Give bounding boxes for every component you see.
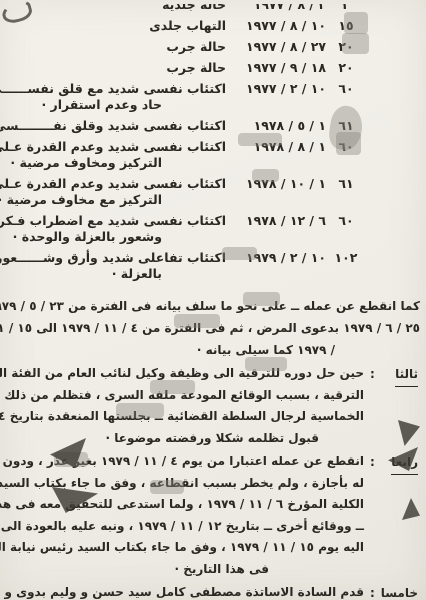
days-count: ٦٠ <box>326 139 366 155</box>
table-row: ٦١ ١ / ١٠ / ١٩٧٨ اكتئاب نفسى شديد وعدم ا… <box>10 176 366 208</box>
days-count: ٦١ <box>326 176 366 192</box>
diagnosis-text: حاد وعدم استقرار · <box>0 97 226 113</box>
certificate-date: ١٨ / ٩ / ١٩٧٧ <box>226 60 326 76</box>
table-row: ٦٠ ١٠ / ٢ / ١٩٧٧ اكتئاب نفسى شديد مع قلق… <box>10 81 366 113</box>
paragraph-line: قبول تظلمه شكلا ورفضته موضوعا · <box>0 428 364 450</box>
days-count: ١٥ <box>326 18 366 34</box>
paragraph-line: الترقية ، بسبب الوقائع المودعة ملفه السر… <box>0 385 364 407</box>
paragraph-line: له بأجازة ، ولم يخطر بسبب انقطاعه ، وفق … <box>0 473 364 495</box>
diagnosis-text: بالعزلة · <box>0 266 226 282</box>
days-count: ٦٠ <box>326 213 366 229</box>
absence-summary-paragraph: كما انقطع عن عمله ــ على نحو ما سلف بيان… <box>0 287 426 361</box>
diagnosis-text: حالة جرب <box>10 60 226 76</box>
section-label-text: رابعا <box>391 451 418 475</box>
paragraph-line: اليه يوم ١٥ / ١١ / ١٩٧٩ ، وفق ما جاء بكت… <box>0 537 364 559</box>
diagnosis-text: اكتئاب نفسى شديد وعدم القدرة عـلى <box>0 139 226 155</box>
section-label-text: ثالثا <box>395 363 418 387</box>
table-row: ١٥ ١٠ / ٨ / ١٩٧٧ التهاب جلدى <box>10 18 366 34</box>
days-count: ٦١ <box>326 118 366 134</box>
certificate-date: ١ / ٥ / ١٩٧٨ <box>226 118 326 134</box>
paragraph-line: حين حل دوره للترقية الى وظيفة وكيل لنائب… <box>0 363 364 385</box>
diagnosis-text: التهاب جلدى <box>10 18 226 34</box>
section-colon: : <box>370 451 375 473</box>
diagnosis-text: اكتئاب نفسى شديد وقلق نفــــــــسى <box>0 118 226 134</box>
section-fourth: رابعا : انقطع عن عمله اعتبارا من يوم ٤ /… <box>0 449 426 580</box>
certificate-date: ١٠ / ٢ / ١٩٧٩ <box>226 250 326 266</box>
days-count: ٢٠ <box>326 60 366 76</box>
paragraph-line: قدم السادة الاساتذة مصطفى كامل سيد حسن و… <box>0 582 364 600</box>
days-count: ١٠٢ <box>326 250 366 266</box>
table-row: ٦٠ ٦ / ١٢ / ١٩٧٨ اكتئاب نفسى شديد مع اضط… <box>10 213 366 245</box>
table-row: ٦٠ ١ / ٨ / ١٩٧٨ اكتئاب نفسى شديد وعدم ال… <box>10 139 366 171</box>
section-fifth: خامسا : قدم السادة الاساتذة مصطفى كامل س… <box>0 580 426 600</box>
diagnosis-text: اكتئاب نفسى شديد وعدم القدرة عـلى <box>0 176 226 192</box>
diagnosis-text: التركيز مع مخاوف مرضية · <box>0 192 226 208</box>
table-row: ٢ ٢ / ٨ / ١٩٧٧ حالة جلدية <box>10 4 366 14</box>
paragraph-line: انقطع عن عمله اعتبارا من يوم ٤ / ١١ / ١٩… <box>0 451 364 473</box>
diagnosis-text: اكتئاب نفسى شديد مع اضطراب فـكرى <box>0 213 226 229</box>
table-row: ٢٠ ١٨ / ٩ / ١٩٧٧ حالة جرب <box>10 60 366 76</box>
table-row: ٢٠ ٢٧ / ٨ / ١٩٧٧ حالة جرب <box>10 39 366 55</box>
diagnosis-text: حالة جلدية <box>10 4 226 13</box>
section-label-text: خامسا <box>381 582 418 600</box>
diagnosis-text: اكتئاب تفاعلى شديد وأرق وشــــــعور <box>0 250 226 266</box>
paragraph-line: ٢٥ / ٦ / ١٩٧٩ بدعوى المرض ، ثم فى الفترة… <box>30 317 420 339</box>
certificate-date: ٢٧ / ٨ / ١٩٧٧ <box>226 39 326 55</box>
paragraph-line: كما انقطع عن عمله ــ على نحو ما سلف بيان… <box>30 295 420 317</box>
medical-leave-table: ٢ ٢ / ٨ / ١٩٧٧ حالة جلدية ١٥ ١٠ / ٨ / ١٩… <box>0 0 426 282</box>
diagnosis-text: اكتئاب نفسى شديد مع قلق نفســــــى <box>0 81 226 97</box>
paragraph-line: ــ ووقائع أخرى ــ بتاريخ ١٢ / ١١ / ١٩٧٩ … <box>0 516 364 538</box>
scanned-document-page: ٢ ٢ / ٨ / ١٩٧٧ حالة جلدية ١٥ ١٠ / ٨ / ١٩… <box>0 0 426 600</box>
paragraph-line: الخماسية لرجال السلطة القضائية ــ بجلسته… <box>0 406 364 428</box>
certificate-date: ١ / ١٠ / ١٩٧٨ <box>226 176 326 192</box>
diagnosis-text: وشعور بالعزلة والوحدة · <box>0 229 226 245</box>
section-colon: : <box>370 363 375 385</box>
section-label: ثالثا : <box>364 363 418 385</box>
days-count: ٢٠ <box>326 39 366 55</box>
certificate-date: ٦ / ١٢ / ١٩٧٨ <box>226 213 326 229</box>
table-row: ١٠٢ ١٠ / ٢ / ١٩٧٩ اكتئاب تفاعلى شديد وأر… <box>10 250 366 282</box>
certificate-date: ١ / ٨ / ١٩٧٨ <box>226 139 326 155</box>
diagnosis-text: التركيز ومخاوف مرضية · <box>0 155 226 171</box>
days-count: ٢ <box>326 4 366 13</box>
certificate-date: ١٠ / ٢ / ١٩٧٧ <box>226 81 326 97</box>
section-third: ثالثا : حين حل دوره للترقية الى وظيفة وك… <box>0 361 426 449</box>
diagnosis-text: حالة جرب <box>10 39 226 55</box>
certificate-date: ١٠ / ٨ / ١٩٧٧ <box>226 18 326 34</box>
section-label: خامسا : <box>364 582 418 600</box>
days-count: ٦٠ <box>326 81 366 97</box>
certificate-date: ٢ / ٨ / ١٩٧٧ <box>226 4 326 13</box>
table-row: ٦١ ١ / ٥ / ١٩٧٨ اكتئاب نفسى شديد وقلق نف… <box>10 118 366 134</box>
paragraph-line: فى هذا التاريخ · <box>0 559 364 581</box>
section-colon: : <box>370 582 375 600</box>
section-label: رابعا : <box>364 451 418 473</box>
paragraph-line: الكلية المؤرخ ٦ / ١١ / ١٩٧٩ ، ولما استدع… <box>0 494 364 516</box>
paragraph-line: / ١٩٧٩ كما سيلى بيانه · <box>30 339 420 361</box>
